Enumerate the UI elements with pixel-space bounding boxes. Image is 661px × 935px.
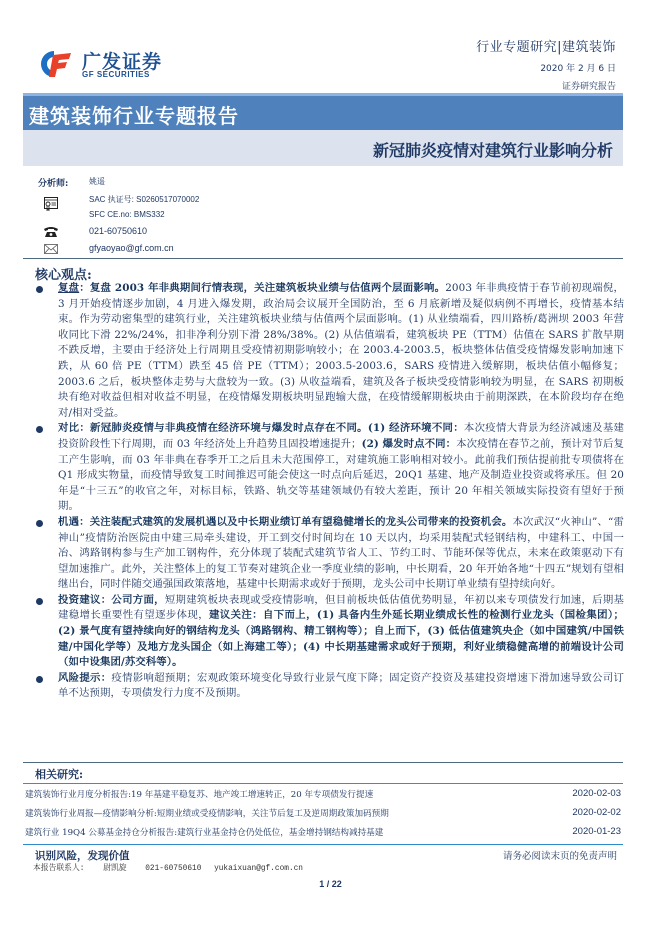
list-item[interactable]: 建筑装饰行业周报—疫情影响分析:短期业绩或受疫情影响，关注节后复工及逆周期政策加… [23,803,623,822]
related-date: 2020-02-03 [572,788,621,799]
list-item-comparison: 对比：新冠肺炎疫情与非典疫情在经济环境与爆发时点存在不同。(1) 经济环境不同：… [34,421,624,515]
analyst-info: 分析师: 姚遥 SAC 执证号: S0260517070002 SFC CE.n… [38,173,598,263]
bullet-icon [36,520,43,527]
bullet-text: 疫情影响超预期；宏观政策环境变化导致行业景气度下降；固定资产投资及基建投资增速下… [58,672,624,700]
sfc-number: SFC CE.no: BMS332 [89,210,165,219]
related-research-heading: 相关研究: [35,766,83,782]
related-date: 2020-01-23 [572,826,621,837]
list-item-opportunity: 机遇：关注装配式建筑的发展机遇以及中长期业绩订单有望稳健增长的龙头公司带来的投资… [34,515,624,593]
list-item[interactable]: 建筑装饰行业月度分析报告:19 年基建平稳复苏、地产竣工增速转正，20 年专项债… [23,784,623,803]
bullet-bold: ：公司方面， [101,594,165,606]
bullet-icon [36,286,43,293]
bullet-lead: 对比 [58,422,79,434]
divider [23,844,623,845]
bullet-bold: ：复盘 2003 年非典期间行情表现，关注建筑板块业绩与估值两个层面影响。 [79,282,445,294]
contact-phone: 021-60750610 [145,865,201,873]
core-views-list: 复盘：复盘 2003 年非典期间行情表现，关注建筑板块业绩与估值两个层面影响。2… [34,281,624,702]
bullet-lead: 投资建议 [58,594,101,606]
divider [23,258,623,259]
related-date: 2020-02-02 [572,807,621,818]
bullet-bold-2: (2) 爆发时点不同： [362,438,457,450]
analyst-label: 分析师: [38,179,68,189]
gf-securities-logo: 广发证券 GF SECURITIES [40,47,180,81]
bullet-icon [36,598,43,605]
slogan: 识别风险，发现价值 [35,848,130,863]
list-item-review: 复盘：复盘 2003 年非典期间行情表现，关注建筑板块业绩与估值两个层面影响。2… [34,281,624,421]
bullet-lead: 复盘 [58,282,79,294]
bullet-icon [36,676,43,683]
analyst-phone: 021-60750610 [89,226,147,236]
list-item-risk: 风险提示：疫情影响超预期；宏观政策环境变化导致行业景气度下降；固定资产投资及基建… [34,671,624,702]
contact-name: 尉凯旋 [103,865,126,873]
analyst-email[interactable]: gfyaoyao@gf.com.cn [89,243,174,253]
brand-name-en: GF SECURITIES [82,70,150,79]
related-title[interactable]: 建筑装饰行业月度分析报告:19 年基建平稳复苏、地产竣工增速转正，20 年专项债… [25,788,373,800]
telephone-icon [44,226,58,238]
related-title[interactable]: 建筑装饰行业周报—疫情影响分析:短期业绩或受疫情影响，关注节后复工及逆周期政策加… [25,807,389,819]
report-category: 行业专题研究|建筑装饰 [476,36,616,55]
report-subtitle: 新冠肺炎疫情对建筑行业影响分析 [373,138,613,161]
page-number: 1 / 22 [0,879,661,889]
report-type: 证券研究报告 [476,79,616,92]
analyst-name[interactable]: 姚遥 [89,177,105,186]
title-band: 建筑装饰行业专题报告 [23,93,623,130]
bullet-lead: 机遇 [58,516,79,528]
bullet-lead: 风险提示 [58,672,101,684]
contact-label: 本报告联系人: [33,865,84,873]
report-contact: 本报告联系人: 尉凯旋 021-60750610 yukaixuan@gf.co… [33,862,317,873]
disclaimer-note: 请务必阅读末页的免责声明 [503,848,617,862]
report-title: 建筑装饰行业专题报告 [29,100,239,129]
bullet-bold: ：关注装配式建筑的发展机遇以及中长期业绩订单有望稳健增长的龙头公司带来的投资机会… [79,516,512,528]
subtitle-band: 新冠肺炎疫情对建筑行业影响分析 [23,130,623,166]
list-item-recommendation: 投资建议：公司方面，短期建筑板块表现或受疫情影响，但目前板块低估值优势明显，年初… [34,593,624,671]
report-date: 2020 年 2 月 6 日 [476,61,616,74]
report-meta: 行业专题研究|建筑装饰 2020 年 2 月 6 日 证券研究报告 [476,36,616,92]
bullet-icon [36,426,43,433]
related-research-list: 建筑装饰行业月度分析报告:19 年基建平稳复苏、地产竣工增速转正，20 年专项债… [23,784,623,841]
sac-number: SAC 执证号: S0260517070002 [89,195,199,204]
bullet-bold: ： [101,672,112,684]
bullet-text: 2003 年非典疫情于春节前初现端倪，3 月开始疫情逐步加剧，4 月进入爆发期，… [58,282,624,419]
divider [23,762,623,763]
certificate-icon [44,197,58,211]
envelope-icon [44,243,58,255]
related-title[interactable]: 建筑行业 19Q4 公募基金持仓分析报告:建筑行业基金持仓仍处低位，基金增持钢结… [25,826,383,838]
gf-logo-icon [40,49,72,79]
list-item[interactable]: 建筑行业 19Q4 公募基金持仓分析报告:建筑行业基金持仓仍处低位，基金增持钢结… [23,822,623,841]
bullet-bold: ：新冠肺炎疫情与非典疫情在经济环境与爆发时点存在不同。(1) 经济环境不同： [79,422,464,434]
contact-email[interactable]: yukaixuan@gf.com.cn [214,865,303,873]
